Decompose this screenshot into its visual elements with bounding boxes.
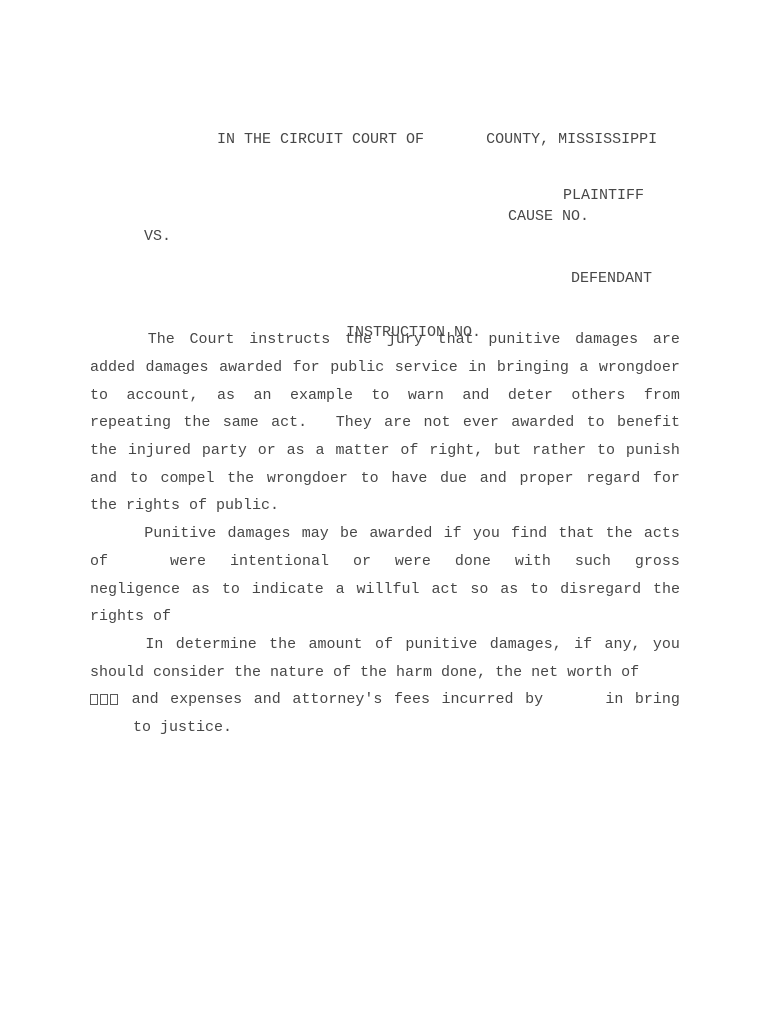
word: disregard xyxy=(560,581,641,598)
body-line-11: rights of xyxy=(90,603,680,631)
word: you xyxy=(473,525,500,542)
word: or xyxy=(258,442,276,459)
word: by xyxy=(525,691,543,708)
word: gross xyxy=(635,553,680,570)
word: the xyxy=(345,331,372,348)
word: matter xyxy=(335,442,389,459)
word: or xyxy=(353,553,371,570)
word: warn xyxy=(408,387,444,404)
word: of xyxy=(90,553,108,570)
body-line-12: Indeterminetheamountofpunitivedamages,if… xyxy=(90,631,680,659)
vs-label: VS. xyxy=(144,228,171,245)
notdef-box xyxy=(110,694,118,705)
word: indicate xyxy=(252,581,324,598)
word: due xyxy=(440,470,467,487)
body-line-4: repeatingthesameact.Theyarenoteverawarde… xyxy=(90,409,680,437)
body-line-8: Punitivedamagesmaybeawardedifyoufindthat… xyxy=(90,520,680,548)
body-line-2: addeddamagesawardedforpublicserviceinbri… xyxy=(90,354,680,382)
body-line-14: andexpensesandattorney'sfeesincurredbyin… xyxy=(90,686,680,714)
word: benefit xyxy=(617,414,680,431)
word: should consider the nature of the harm d… xyxy=(90,664,639,681)
word: the xyxy=(227,470,254,487)
word: a xyxy=(579,359,588,376)
word: to xyxy=(361,470,379,487)
word: that xyxy=(558,525,594,542)
word: as xyxy=(287,442,305,459)
word: an xyxy=(253,387,271,404)
word: be xyxy=(340,525,358,542)
cause-no-label: CAUSE NO. xyxy=(508,207,589,227)
word: awarded xyxy=(219,359,282,376)
court-document-page: IN THE CIRCUIT COURT OFCOUNTY, MISSISSIP… xyxy=(0,0,770,1024)
word: same xyxy=(223,414,259,431)
missing-glyph-boxes xyxy=(90,694,120,705)
word: to xyxy=(530,581,548,598)
word: acts xyxy=(644,525,680,542)
word: with xyxy=(515,553,551,570)
word: rather xyxy=(532,442,586,459)
word: to xyxy=(130,470,148,487)
word: to justice. xyxy=(133,719,232,736)
word: the xyxy=(653,581,680,598)
defendant-row: DEFENDANT xyxy=(90,249,680,269)
word: if xyxy=(574,636,592,653)
word: added xyxy=(90,359,135,376)
word: rights of xyxy=(90,608,171,625)
word: may xyxy=(302,525,329,542)
word: that xyxy=(438,331,474,348)
word: to xyxy=(371,387,389,404)
word: damages xyxy=(146,359,209,376)
word: find xyxy=(511,525,547,542)
body-line-7: the rights of public. xyxy=(90,492,680,520)
word: of xyxy=(375,636,393,653)
word: the xyxy=(183,414,210,431)
word: amount xyxy=(309,636,363,653)
word: to xyxy=(222,581,240,598)
plaintiff-label: PLAINTIFF xyxy=(563,187,644,204)
word: the xyxy=(269,636,296,653)
word: in xyxy=(468,359,486,376)
word: the rights of public. xyxy=(90,497,279,514)
word: jury xyxy=(387,331,423,348)
word: regard xyxy=(586,470,640,487)
word: In xyxy=(145,636,163,653)
word: of xyxy=(400,442,418,459)
word: have xyxy=(391,470,427,487)
word: and xyxy=(132,691,159,708)
body-line-10: negligenceastoindicateawillfulactsoastod… xyxy=(90,575,680,603)
body-line-15: to justice. xyxy=(90,714,680,742)
word: incurred xyxy=(442,691,514,708)
word: not xyxy=(424,414,451,431)
word: They xyxy=(336,414,372,431)
word: such xyxy=(575,553,611,570)
word: Court xyxy=(190,331,235,348)
word: if xyxy=(444,525,462,542)
word: account, xyxy=(126,387,198,404)
document-body: TheCourtinstructsthejurythatpunitivedama… xyxy=(90,326,680,741)
word: deter xyxy=(508,387,553,404)
word: ever xyxy=(463,414,499,431)
word: awarded xyxy=(369,525,432,542)
body-line-3: toaccount,asanexampletowarnanddeterother… xyxy=(90,381,680,409)
word: for xyxy=(293,359,320,376)
word: but xyxy=(494,442,521,459)
word: as xyxy=(217,387,235,404)
word: are xyxy=(653,331,680,348)
word: damages xyxy=(575,331,638,348)
word: the xyxy=(606,525,633,542)
word: any, xyxy=(605,636,641,653)
word: were xyxy=(170,553,206,570)
body-line-5: theinjuredpartyorasamatterofright,butrat… xyxy=(90,437,680,465)
word: and xyxy=(480,470,507,487)
word: in xyxy=(605,691,623,708)
word: punish xyxy=(626,442,680,459)
word: willful xyxy=(357,581,420,598)
body-line-1: TheCourtinstructsthejurythatpunitivedama… xyxy=(90,326,680,354)
word: right, xyxy=(429,442,483,459)
word: as xyxy=(192,581,210,598)
word: instructs xyxy=(249,331,330,348)
word: act xyxy=(431,581,458,598)
defendant-label: DEFENDANT xyxy=(571,270,652,287)
word: awarded xyxy=(511,414,574,431)
word: expenses xyxy=(170,691,242,708)
body-line-13: should consider the nature of the harm d… xyxy=(90,658,680,686)
court-header-line: IN THE CIRCUIT COURT OFCOUNTY, MISSISSIP… xyxy=(90,110,680,130)
word: a xyxy=(336,581,345,598)
word: punitive xyxy=(488,331,560,348)
word: repeating xyxy=(90,414,171,431)
word: damages, xyxy=(490,636,562,653)
word: The xyxy=(148,331,175,348)
word: as xyxy=(500,581,518,598)
word: determine xyxy=(176,636,257,653)
word: act. xyxy=(271,414,307,431)
word: to xyxy=(587,414,605,431)
word: proper xyxy=(519,470,573,487)
word: for xyxy=(653,470,680,487)
word: and xyxy=(462,387,489,404)
instruction-heading-row: INSTRUCTION NO. xyxy=(90,303,680,323)
word: from xyxy=(644,387,680,404)
word: and xyxy=(254,691,281,708)
word: punitive xyxy=(405,636,477,653)
body-line-6: andtocompelthewrongdoertohavedueandprope… xyxy=(90,464,680,492)
word: attorney's xyxy=(292,691,382,708)
word: intentional xyxy=(230,553,329,570)
word: were xyxy=(395,553,431,570)
word: and xyxy=(90,470,117,487)
word: wrongdoer xyxy=(599,359,680,376)
word: are xyxy=(384,414,411,431)
word: bring xyxy=(635,691,680,708)
word: example xyxy=(290,387,353,404)
notdef-box xyxy=(90,694,98,705)
word: to xyxy=(597,442,615,459)
vs-row: VS. CAUSE NO. xyxy=(90,207,680,227)
word: a xyxy=(316,442,325,459)
word: party xyxy=(202,442,247,459)
court-header-right: COUNTY, MISSISSIPPI xyxy=(486,131,657,148)
notdef-box xyxy=(100,694,108,705)
word: compel xyxy=(160,470,214,487)
word: done xyxy=(455,553,491,570)
body-line-9: ofwereintentionalorweredonewithsuchgross xyxy=(90,548,680,576)
word: to xyxy=(90,387,108,404)
word: Punitive xyxy=(144,525,216,542)
plaintiff-row: PLAINTIFF xyxy=(90,166,680,186)
word: damages xyxy=(228,525,291,542)
document-content: IN THE CIRCUIT COURT OFCOUNTY, MISSISSIP… xyxy=(90,0,680,1024)
word: fees xyxy=(394,691,430,708)
word: others xyxy=(571,387,625,404)
word: negligence xyxy=(90,581,180,598)
word: public xyxy=(330,359,384,376)
word: bringing xyxy=(497,359,569,376)
word: service xyxy=(395,359,458,376)
word: you xyxy=(653,636,680,653)
word: so xyxy=(470,581,488,598)
word: wrongdoer xyxy=(267,470,348,487)
word: the xyxy=(90,442,117,459)
word: injured xyxy=(128,442,191,459)
court-header-left: IN THE CIRCUIT COURT OF xyxy=(217,131,424,148)
